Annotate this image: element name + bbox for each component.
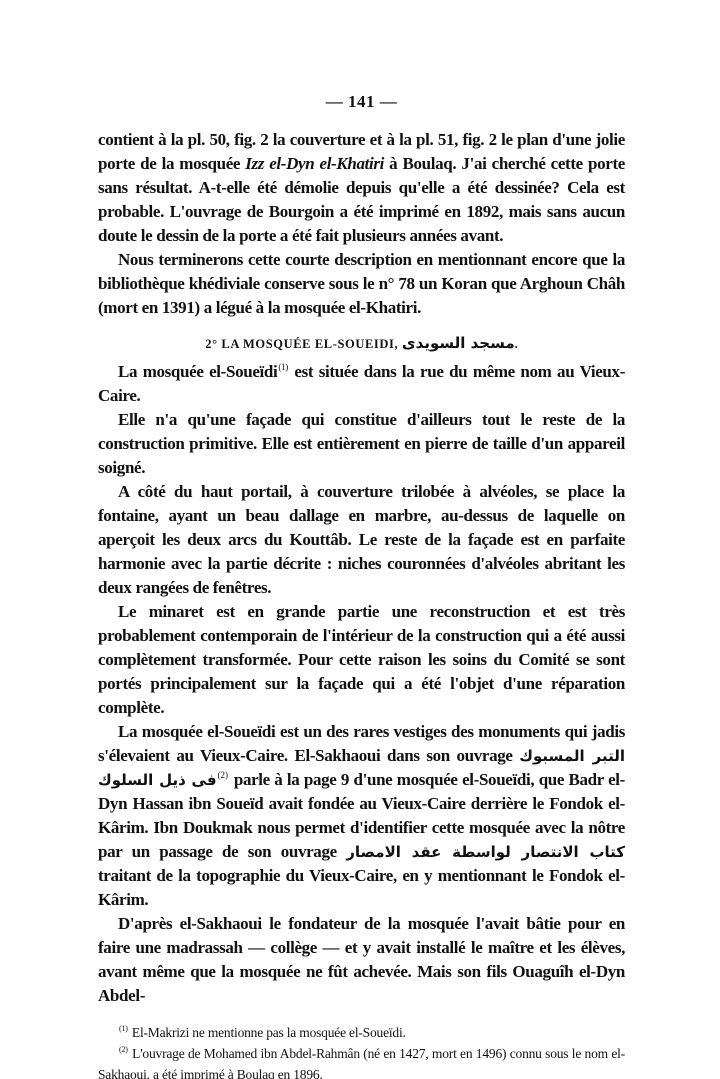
book-page: — 141 — contient à la pl. 50, fig. 2 la …: [98, 88, 625, 1079]
paragraph-location: La mosquée el-Soueïdi(1) est située dans…: [98, 360, 625, 408]
footnote-1: (1) El-Makrizi ne mentionne pas la mosqu…: [98, 1022, 625, 1043]
section-heading-arabic: مسجد السويدى: [402, 334, 515, 352]
footnote-ref-1[interactable]: (1): [278, 362, 287, 372]
paragraph-fondateur: D'après el-Sakhaoui le fondateur de la m…: [98, 912, 625, 1008]
footnote-2: (2) L'ouvrage de Mohamed ibn Abdel-Rahmâ…: [98, 1043, 625, 1079]
mosque-name-italic: Izz el-Dyn el-Khatiri: [245, 154, 384, 173]
footnote-text: El-Makrizi ne mentionne pas la mosquée e…: [129, 1025, 406, 1040]
footnote-marker-2: (2): [119, 1045, 128, 1054]
paragraph-porte-izz-el-dyn: contient à la pl. 50, fig. 2 la couvertu…: [98, 128, 625, 248]
section-heading: 2° LA MOSQUÉE EL-SOUEIDI, مسجد السويدى.: [98, 330, 625, 356]
paragraph-text: La mosquée el-Soueïdi: [118, 362, 277, 381]
paragraph-facade: Elle n'a qu'une façade qui constitue d'a…: [98, 408, 625, 480]
footnote-marker-1: (1): [119, 1024, 128, 1033]
paragraph-text: traitant de la topographie du Vieux-Cair…: [98, 866, 625, 909]
section-heading-end: .: [515, 337, 518, 351]
footnote-ref-2[interactable]: (2): [218, 770, 229, 780]
paragraph-vestiges: La mosquée el-Soueïdi est un des rares v…: [98, 720, 625, 912]
page-number: — 141 —: [98, 88, 625, 116]
paragraph-minaret: Le minaret est en grande partie une reco…: [98, 600, 625, 720]
paragraph-portail: A côté du haut portail, à couverture tri…: [98, 480, 625, 600]
section-heading-latin: 2° LA MOSQUÉE EL-SOUEIDI,: [205, 337, 402, 351]
footnote-text: L'ouvrage de Mohamed ibn Abdel-Rahmân (n…: [98, 1046, 625, 1079]
paragraph-koran-arghoun: Nous terminerons cette courte descriptio…: [98, 248, 625, 320]
footnotes: (1) El-Makrizi ne mentionne pas la mosqu…: [98, 1022, 625, 1079]
arabic-title-doukmak: كتاب الانتصار لواسطة عقد الامصار: [346, 843, 625, 861]
